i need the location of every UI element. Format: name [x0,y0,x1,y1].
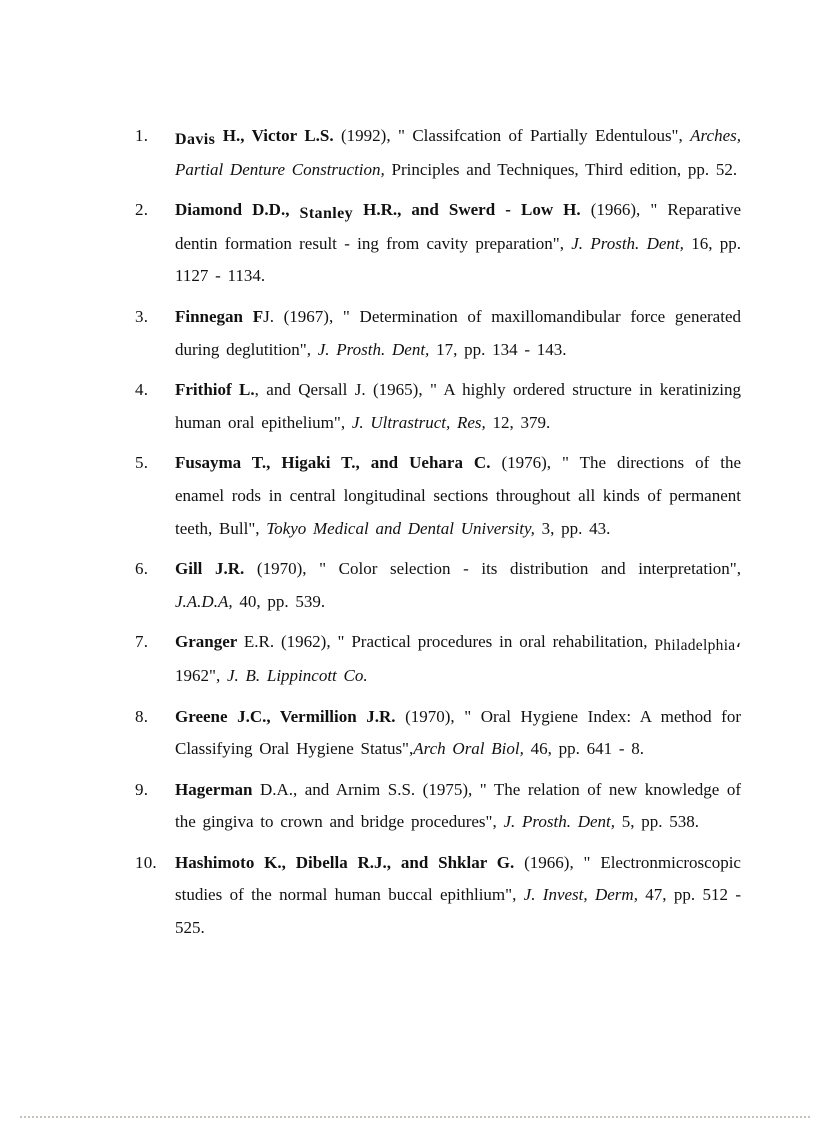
reference-segment: Gill J.R. [175,559,257,578]
reference-segment: J. Prosth. Dent, [318,340,436,359]
reference-segment: (1992), " Classifcation of Partially Ede… [341,126,690,145]
reference-text: Diamond D.D., Stanley H.R., and Swerd - … [175,194,741,293]
reference-number: 9. [135,774,175,807]
reference-number: 10. [135,847,175,880]
reference-segment: Finnegan F [175,307,263,326]
reference-segment: 5, pp. 538. [622,812,699,831]
reference-segment: Greene J.C., Vermillion J.R. [175,707,405,726]
reference-item: 7. Granger E.R. (1962), " Practical proc… [135,626,741,692]
reference-item: 2. Diamond D.D., Stanley H.R., and Swerd… [135,194,741,293]
page-bottom-dotted-divider [20,1116,810,1118]
reference-segment: Fusayma T., Higaki T., and Uehara C. [175,453,501,472]
reference-item: 10. Hashimoto K., Dibella R.J., and Shkl… [135,847,741,945]
reference-segment: J. Invest, Derm, [524,885,646,904]
reference-segment: 17, pp. 134 - 143. [436,340,566,359]
reference-segment: J. B. Lippincott Co. [227,666,368,685]
reference-segment: Granger [175,632,244,651]
reference-segment: 3, pp. 43. [542,519,611,538]
reference-segment: Philadelphia [654,637,735,654]
reference-text: Greene J.C., Vermillion J.R. (1970), " O… [175,701,741,766]
reference-text: Granger E.R. (1962), " Practical procedu… [175,626,741,692]
references-list: 1. Davis H., Victor L.S. (1992), " Class… [135,120,741,953]
reference-segment: 12, 379. [493,413,551,432]
reference-item: 1. Davis H., Victor L.S. (1992), " Class… [135,120,741,186]
reference-segment: Hagerman [175,780,260,799]
reference-number: 4. [135,374,175,407]
reference-text: Finnegan FJ. (1967), " Determination of … [175,301,741,366]
reference-item: 5. Fusayma T., Higaki T., and Uehara C. … [135,447,741,545]
reference-segment: (1970), " Color selection - its distribu… [257,559,741,578]
reference-segment: J. Prosth. Dent, [503,812,621,831]
reference-text: Fusayma T., Higaki T., and Uehara C. (19… [175,447,741,545]
reference-segment: 40, pp. 539. [239,592,325,611]
reference-text: Frithiof L., and Qersall J. (1965), " A … [175,374,741,439]
document-page: 1. Davis H., Victor L.S. (1992), " Class… [0,0,816,1123]
reference-item: 9. Hagerman D.A., and Arnim S.S. (1975),… [135,774,741,839]
reference-number: 5. [135,447,175,480]
reference-segment: J. Prosth. Dent, [571,234,691,253]
reference-segment: Arch Oral Biol, [413,739,530,758]
reference-item: 3. Finnegan FJ. (1967), " Determination … [135,301,741,366]
reference-number: 3. [135,301,175,334]
reference-segment: H.R., and Swerd - Low H. [353,200,591,219]
reference-segment: Principles and Techniques, Third edition… [392,160,738,179]
reference-number: 7. [135,626,175,659]
reference-segment: Frithiof L. [175,380,255,399]
reference-segment: E.R. (1962), " Practical procedures in o… [244,632,654,651]
reference-text: Hashimoto K., Dibella R.J., and Shklar G… [175,847,741,945]
reference-segment: Tokyo Medical and Dental University, [266,519,541,538]
reference-segment: Diamond D.D., [175,200,300,219]
reference-number: 8. [135,701,175,734]
reference-segment: J.A.D.A, [175,592,239,611]
reference-text: Davis H., Victor L.S. (1992), " Classifc… [175,120,741,186]
reference-segment: J. Ultrastruct, Res, [352,413,493,432]
reference-segment: Stanley [300,205,353,222]
reference-segment: Hashimoto K., Dibella R.J., and Shklar G… [175,853,524,872]
reference-segment: H., Victor L.S. [223,126,341,145]
reference-segment: 46, pp. 641 - 8. [531,739,644,758]
reference-item: 4. Frithiof L., and Qersall J. (1965), "… [135,374,741,439]
reference-item: 6. Gill J.R. (1970), " Color selection -… [135,553,741,618]
reference-text: Hagerman D.A., and Arnim S.S. (1975), " … [175,774,741,839]
reference-segment: Davis [175,131,223,148]
reference-number: 2. [135,194,175,227]
reference-number: 1. [135,120,175,153]
reference-text: Gill J.R. (1970), " Color selection - it… [175,553,741,618]
reference-item: 8. Greene J.C., Vermillion J.R. (1970), … [135,701,741,766]
reference-number: 6. [135,553,175,586]
